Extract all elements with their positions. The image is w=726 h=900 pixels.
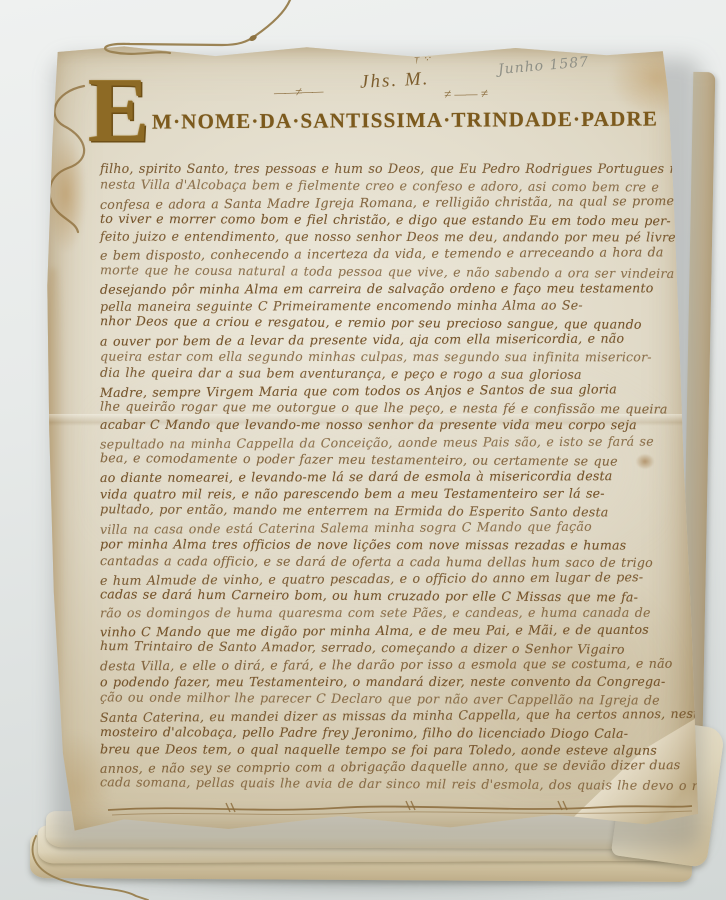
manuscript-line: ao diante nomearei, e levando-me lá se d…	[100, 467, 666, 486]
manuscript-line: filho, spirito Santo, tres pessoas e hum…	[100, 160, 666, 177]
manuscript-line: mosteiro d'alcobaça, pello Padre frey Je…	[100, 723, 666, 742]
manuscript-line: por minha Alma tres officios de nove liç…	[100, 535, 666, 553]
binding-thread-bottom	[0, 820, 726, 900]
manuscript-line: queira estar com ella segundo minhas cul…	[100, 348, 666, 366]
manuscript-line: a ouver por bem de a levar da presente v…	[100, 329, 666, 349]
age-stain	[42, 268, 64, 698]
manuscript-body: filho, spirito Santo, tres pessoas e hum…	[100, 160, 666, 792]
manuscript-line: vida quatro mil reis, e não parescendo b…	[100, 484, 666, 502]
manuscript-line: desta Villa, e elle o dirá, e fará, e lh…	[100, 654, 666, 674]
binding-thread-top	[0, 0, 726, 120]
manuscript-line: acabar C Mando que levando-me nosso senh…	[100, 416, 666, 433]
manuscript-line: rão os domingos de huma quaresma com set…	[100, 604, 666, 621]
photo-stage: † ⁘ ——≠—— Jhs. M. ≠ —— ≠ Junho 1587 E M·…	[0, 0, 726, 900]
manuscript-line: to viver e morrer como bom e fiel christ…	[100, 210, 666, 229]
manuscript-sheet: † ⁘ ——≠—— Jhs. M. ≠ —— ≠ Junho 1587 E M·…	[46, 44, 698, 850]
manuscript-line: cada somana, pellas quais lhe avia de da…	[100, 774, 666, 795]
manuscript-line: morte que he cousa natural a toda pessoa…	[100, 261, 666, 282]
manuscript-line: lhe queirão rogar que me outorgue o que …	[100, 398, 666, 418]
underline-flourish	[106, 800, 694, 820]
manuscript-line: desejando pôr minha Alma em carreira de …	[100, 279, 666, 298]
manuscript-line: o podendo fazer, meu Testamenteiro, o ma…	[100, 673, 666, 691]
